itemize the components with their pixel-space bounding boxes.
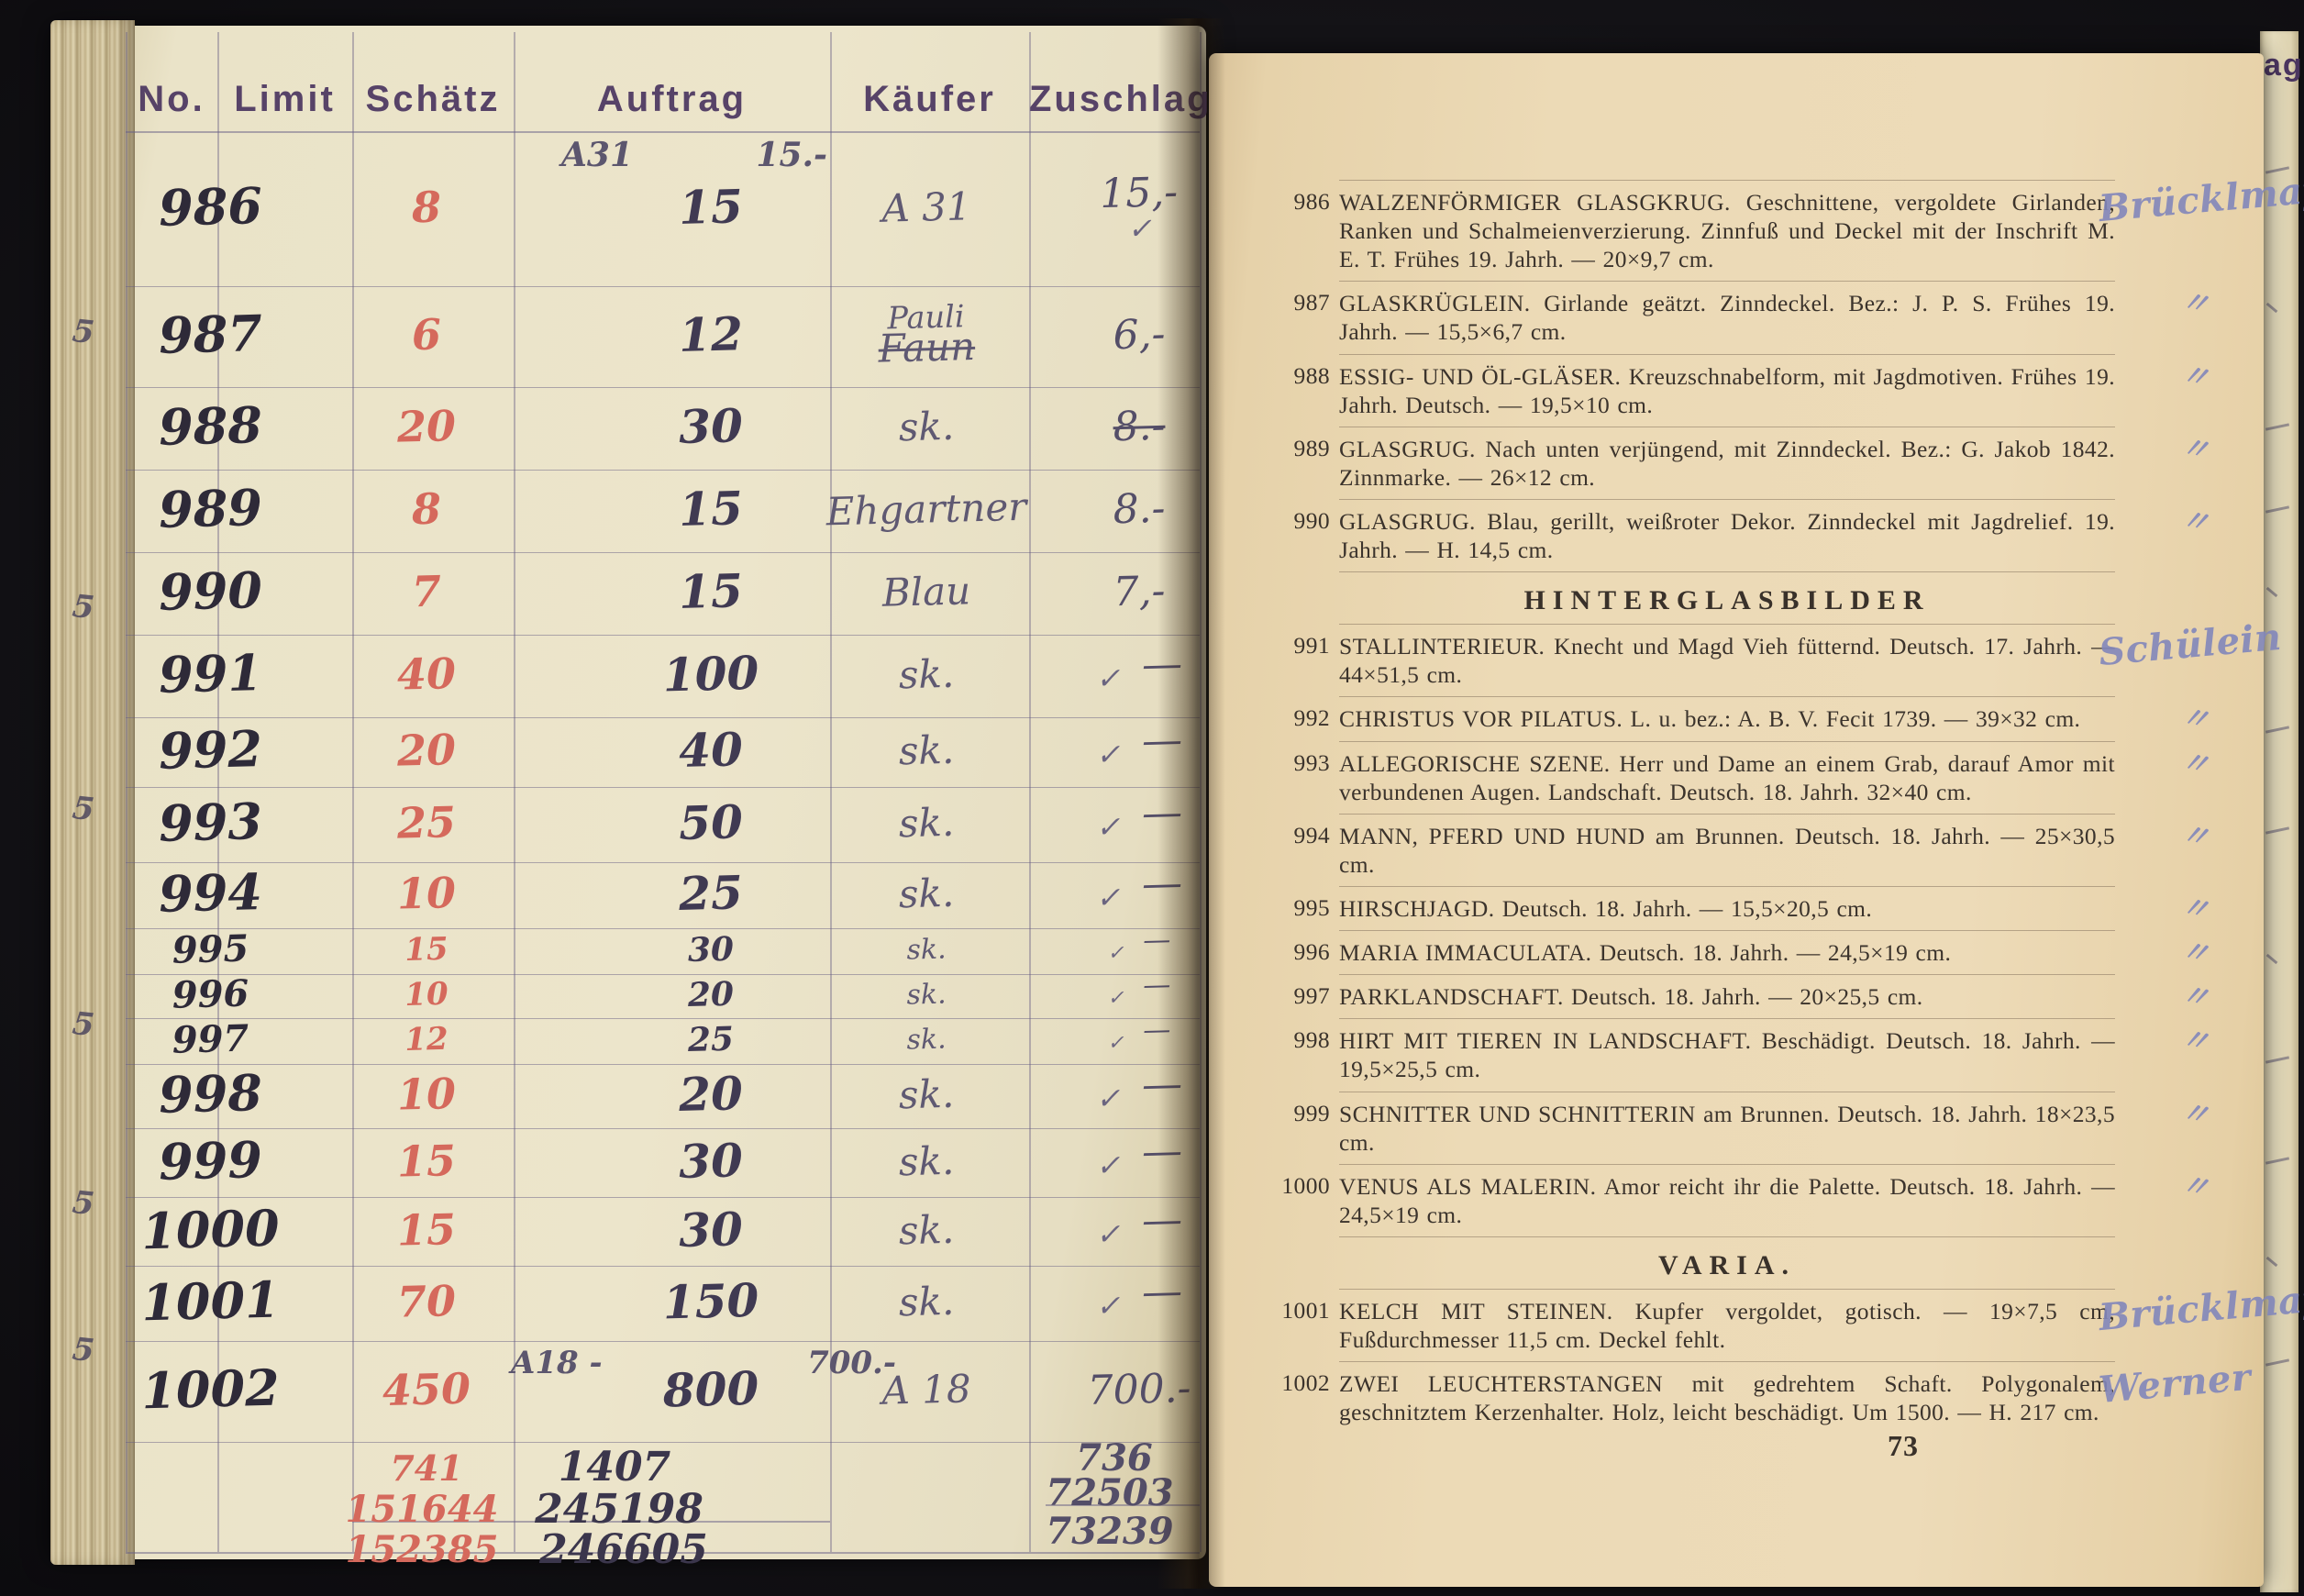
catalog-lot-number: 999 xyxy=(1269,1100,1330,1127)
catalog-entry-text: STALLINTERIEUR. Knecht und Magd Vieh füt… xyxy=(1339,632,2115,689)
limit-value: 6 xyxy=(357,308,495,361)
limit-value: 15 xyxy=(357,1203,495,1256)
ledger-row: 996 10 20 sk. ✓ — xyxy=(126,974,1200,1019)
limit-value: 450 xyxy=(357,1363,495,1416)
auftrag-amount: 15.- xyxy=(756,136,827,174)
limit-value: 40 xyxy=(357,648,495,701)
catalog-lot-number: 993 xyxy=(1269,749,1330,777)
pencil-mark xyxy=(2266,954,2278,964)
pencil-mark xyxy=(2265,1056,2289,1063)
pencil-mark xyxy=(2266,1257,2278,1267)
ledger-row: 994 10 25 sk. ✓ — xyxy=(126,862,1200,929)
pencil-mark xyxy=(2265,726,2289,733)
ledger-row: 1001 70 150 sk. ✓ — xyxy=(126,1266,1200,1342)
ledger-row: 998 10 20 sk. ✓ — xyxy=(126,1064,1200,1129)
ledger-row: 999 15 30 sk. ✓ — xyxy=(126,1128,1200,1198)
lot-number: 997 xyxy=(125,1015,295,1063)
ledger-row: 995 15 30 sk. ✓ — xyxy=(126,928,1200,975)
lot-number: 993 xyxy=(125,791,296,854)
catalog-lot-number: 995 xyxy=(1269,894,1330,922)
ledger-row: 988 20 30 sk. 8.- xyxy=(126,387,1200,471)
ledger-row: 990 7 15 Blau 7,- xyxy=(126,552,1200,636)
pencil-mark xyxy=(2265,1157,2289,1164)
auction-ledger-spread: 555555 No. Limit Schätz Auftrag Käufer Z… xyxy=(0,0,2304,1596)
ledger-row: 989 8 15 Ehgartner 8.- xyxy=(126,470,1200,553)
lot-number: 992 xyxy=(125,718,296,781)
limit-value: 70 xyxy=(357,1275,495,1328)
catalog-entry: 986 WALZENFÖRMIGER GLASGKRUG. Geschnitte… xyxy=(1339,180,2115,281)
lot-number: 988 xyxy=(125,394,296,458)
catalog-entry-text: MANN, PFERD UND HUND am Brunnen. Deutsch… xyxy=(1339,822,2115,879)
catalog-entry: 997 PARKLANDSCHAFT. Deutsch. 18. Jahrh. … xyxy=(1339,974,2115,1018)
ledger-row: 1002 450 800 A 18 700.- A18 -700.- xyxy=(126,1341,1200,1443)
catalog-entry-text: WALZENFÖRMIGER GLASGKRUG. Geschnittene, … xyxy=(1339,188,2115,273)
buyer-annotation: Brücklmayr xyxy=(2097,171,2292,230)
lot-number: 990 xyxy=(125,560,296,623)
section-heading: HINTERGLASBILDER xyxy=(1339,571,2115,624)
lot-number: 987 xyxy=(125,303,296,366)
catalog-entry: 993 ALLEGORISCHE SZENE. Herr und Dame an… xyxy=(1339,741,2115,814)
limit-value: 10 xyxy=(358,974,496,1014)
catalog-lot-number: 997 xyxy=(1269,982,1330,1010)
limit-value: 15 xyxy=(357,1134,495,1187)
buyer-annotation: Brücklmayr xyxy=(2097,1280,2292,1339)
catalog-entry: 1002 ZWEI LEUCHTERSTANGEN mit gedrehtem … xyxy=(1339,1361,2115,1434)
buyer-annotation: 〃 xyxy=(2165,736,2226,787)
auftrag-note-1002: A18 -700.- xyxy=(511,1345,896,1381)
catalog-lot-number: 992 xyxy=(1269,704,1330,732)
catalog-entry-text: GLASGRUG. Blau, gerillt, weißroter Dekor… xyxy=(1339,507,2115,564)
catalog-entry: 987 GLASKRÜGLEIN. Girlande geätzt. Zinnd… xyxy=(1339,281,2115,353)
lot-number: 991 xyxy=(125,642,296,705)
catalog-lot-number: 1000 xyxy=(1269,1172,1330,1200)
catalog-lot-number: 987 xyxy=(1269,289,1330,316)
catalog-entry: 1001 KELCH MIT STEINEN. Kupfer vergoldet… xyxy=(1339,1289,2115,1361)
catalog-entry-text: ZWEI LEUCHTERSTANGEN mit gedrehtem Schaf… xyxy=(1339,1369,2115,1426)
limit-value: 7 xyxy=(357,565,495,618)
buyer-annotation: 〃 xyxy=(2165,692,2226,743)
catalog-entry: 995 HIRSCHJAGD. Deutsch. 18. Jahrh. — 15… xyxy=(1339,886,2115,930)
ledger-row: 987 6 12 PauliFaun 6,- xyxy=(126,286,1200,388)
ledger-row: 991 40 100 sk. ✓ — xyxy=(126,635,1200,718)
catalog-lot-number: 989 xyxy=(1269,435,1330,462)
spine-page-number: 5 xyxy=(71,790,96,828)
pencil-mark xyxy=(2266,587,2278,597)
page-stack-edge: 555555 xyxy=(50,20,135,1565)
ledger-row: 997 12 25 sk. ✓ — xyxy=(126,1018,1200,1065)
buyer-annotation: 〃 xyxy=(2165,1158,2226,1210)
catalog-lot-number: 990 xyxy=(1269,507,1330,535)
catalog-entry: 999 SCHNITTER UND SCHNITTERIN am Brunnen… xyxy=(1339,1092,2115,1164)
catalog-lot-number: 1001 xyxy=(1269,1297,1330,1324)
lot-number: 1002 xyxy=(125,1358,296,1421)
lot-number: 989 xyxy=(125,477,296,540)
spine-page-number: 5 xyxy=(71,313,96,351)
buyer-annotation: 〃 xyxy=(2165,1086,2226,1137)
limit-value: 15 xyxy=(358,929,496,970)
buyer-annotation: 〃 xyxy=(2165,1013,2226,1064)
auftrag-code: A31 xyxy=(561,136,633,174)
catalog-entry-text: VENUS ALS MALERIN. Amor reicht ihr die P… xyxy=(1339,1172,2115,1229)
lot-number: 986 xyxy=(125,175,296,238)
total-limit-sum: 152385 xyxy=(326,1528,518,1571)
catalog-entry: 996 MARIA IMMACULATA. Deutsch. 18. Jahrh… xyxy=(1339,930,2115,974)
book-gutter xyxy=(1158,18,1225,1589)
catalog-entry: 992 CHRISTUS VOR PILATUS. L. u. bez.: A.… xyxy=(1339,696,2115,740)
catalog-entry: 989 GLASGRUG. Nach unten verjüngend, mit… xyxy=(1339,427,2115,499)
limit-value: 20 xyxy=(357,400,495,453)
limit-value: 20 xyxy=(357,724,495,777)
ledger-row: 1000 15 30 sk. ✓ — xyxy=(126,1197,1200,1267)
catalog-entry: 988 ESSIG- UND ÖL-GLÄSER. Kreuzschnabelf… xyxy=(1339,354,2115,427)
header-auftrag: Auftrag xyxy=(514,79,830,120)
catalog-entry-text: MARIA IMMACULATA. Deutsch. 18. Jahrh. — … xyxy=(1339,938,2115,967)
total-limit-page: 741 xyxy=(358,1447,495,1489)
catalog-entry-text: HIRSCHJAGD. Deutsch. 18. Jahrh. — 15,5×2… xyxy=(1339,894,2115,923)
limit-value: 25 xyxy=(357,796,495,849)
limit-value: 10 xyxy=(357,1068,495,1121)
limit-value: 10 xyxy=(357,867,495,920)
lot-number: 999 xyxy=(125,1129,296,1192)
pencil-mark xyxy=(2265,826,2289,834)
buyer-annotation: Werner xyxy=(2097,1352,2292,1412)
pencil-mark xyxy=(2266,303,2278,313)
catalog-entry: 994 MANN, PFERD UND HUND am Brunnen. Deu… xyxy=(1339,814,2115,886)
next-page-header-fragment: ag xyxy=(2264,48,2304,83)
catalog-entry-text: KELCH MIT STEINEN. Kupfer vergoldet, got… xyxy=(1339,1297,2115,1354)
total-limit-carry: 151644 xyxy=(330,1488,514,1531)
catalog-entry-text: PARKLANDSCHAFT. Deutsch. 18. Jahrh. — 20… xyxy=(1339,982,2115,1011)
buyer-annotation: 〃 xyxy=(2165,275,2226,327)
buyer-annotation: 〃 xyxy=(2165,493,2226,545)
total-schaetz-sum: 246605 xyxy=(504,1526,743,1573)
catalog-lot-number: 991 xyxy=(1269,632,1330,659)
catalog-entry: 998 HIRT MIT TIEREN IN LANDSCHAFT. Besch… xyxy=(1339,1018,2115,1091)
limit-value: 8 xyxy=(357,482,495,536)
auftrag-note-986: A31 15.- xyxy=(561,136,827,174)
catalog-entries: 986 WALZENFÖRMIGER GLASGKRUG. Geschnitte… xyxy=(1209,180,2264,1434)
catalog-entry: 1000 VENUS ALS MALERIN. Amor reicht ihr … xyxy=(1339,1164,2115,1236)
spine-page-number: 5 xyxy=(71,588,96,626)
limit-value: 12 xyxy=(358,1019,496,1059)
catalog-lot-number: 994 xyxy=(1269,822,1330,849)
lot-number: 1000 xyxy=(125,1198,296,1261)
catalog-entry-text: ESSIG- UND ÖL-GLÄSER. Kreuzschnabelform,… xyxy=(1339,362,2115,419)
pencil-mark xyxy=(2265,505,2289,513)
header-kaeufer: Käufer xyxy=(830,79,1029,120)
buyer-annotation: 〃 xyxy=(2165,808,2226,859)
limit-value: 8 xyxy=(357,180,495,233)
ledger-row: 993 25 50 sk. ✓ — xyxy=(126,787,1200,863)
lot-number: 995 xyxy=(125,925,295,973)
header-no: No. xyxy=(126,79,217,120)
catalog-entry-text: ALLEGORISCHE SZENE. Herr und Dame an ein… xyxy=(1339,749,2115,806)
header-schaetz: Schätz xyxy=(352,79,514,120)
buyer-annotation: 〃 xyxy=(2165,421,2226,472)
total-schaetz-page: 1407 xyxy=(514,1444,715,1491)
catalog-entry: 990 GLASGRUG. Blau, gerillt, weißroter D… xyxy=(1339,499,2115,571)
header-limit: Limit xyxy=(217,79,352,120)
catalog-lot-number: 986 xyxy=(1269,188,1330,216)
lot-number: 998 xyxy=(125,1062,296,1125)
catalog-entry-text: SCHNITTER UND SCHNITTERIN am Brunnen. De… xyxy=(1339,1100,2115,1157)
page-number: 73 xyxy=(1888,1429,1919,1463)
catalog-lot-number: 1002 xyxy=(1269,1369,1330,1397)
buyer-annotation: 〃 xyxy=(2165,349,2226,400)
spine-page-number: 5 xyxy=(71,1005,96,1044)
catalog-page: 986 WALZENFÖRMIGER GLASGKRUG. Geschnitte… xyxy=(1209,53,2264,1587)
catalog-entry-text: GLASKRÜGLEIN. Girlande geätzt. Zinndecke… xyxy=(1339,289,2115,346)
ledger-row: 992 20 40 sk. ✓ — xyxy=(126,717,1200,788)
buyer-annotation: 〃 xyxy=(2165,881,2226,932)
catalog-entry: 991 STALLINTERIEUR. Knecht und Magd Vieh… xyxy=(1339,624,2115,696)
catalog-entry-text: HIRT MIT TIEREN IN LANDSCHAFT. Beschädig… xyxy=(1339,1026,2115,1083)
catalog-lot-number: 988 xyxy=(1269,362,1330,390)
catalog-entry-text: GLASGRUG. Nach unten verjüngend, mit Zin… xyxy=(1339,435,2115,492)
spine-page-number: 5 xyxy=(71,1331,96,1369)
buyer-annotation: Schülein xyxy=(2097,615,2292,674)
catalog-lot-number: 996 xyxy=(1269,938,1330,966)
catalog-entry-text: CHRISTUS VOR PILATUS. L. u. bez.: A. B. … xyxy=(1339,704,2115,733)
section-heading: VARIA. xyxy=(1339,1236,2115,1289)
spine-page-number: 5 xyxy=(71,1184,96,1223)
lot-number: 996 xyxy=(125,970,295,1018)
lot-number: 1001 xyxy=(125,1269,296,1333)
lot-number: 994 xyxy=(125,861,296,925)
pencil-mark xyxy=(2265,423,2289,430)
catalog-lot-number: 998 xyxy=(1269,1026,1330,1054)
